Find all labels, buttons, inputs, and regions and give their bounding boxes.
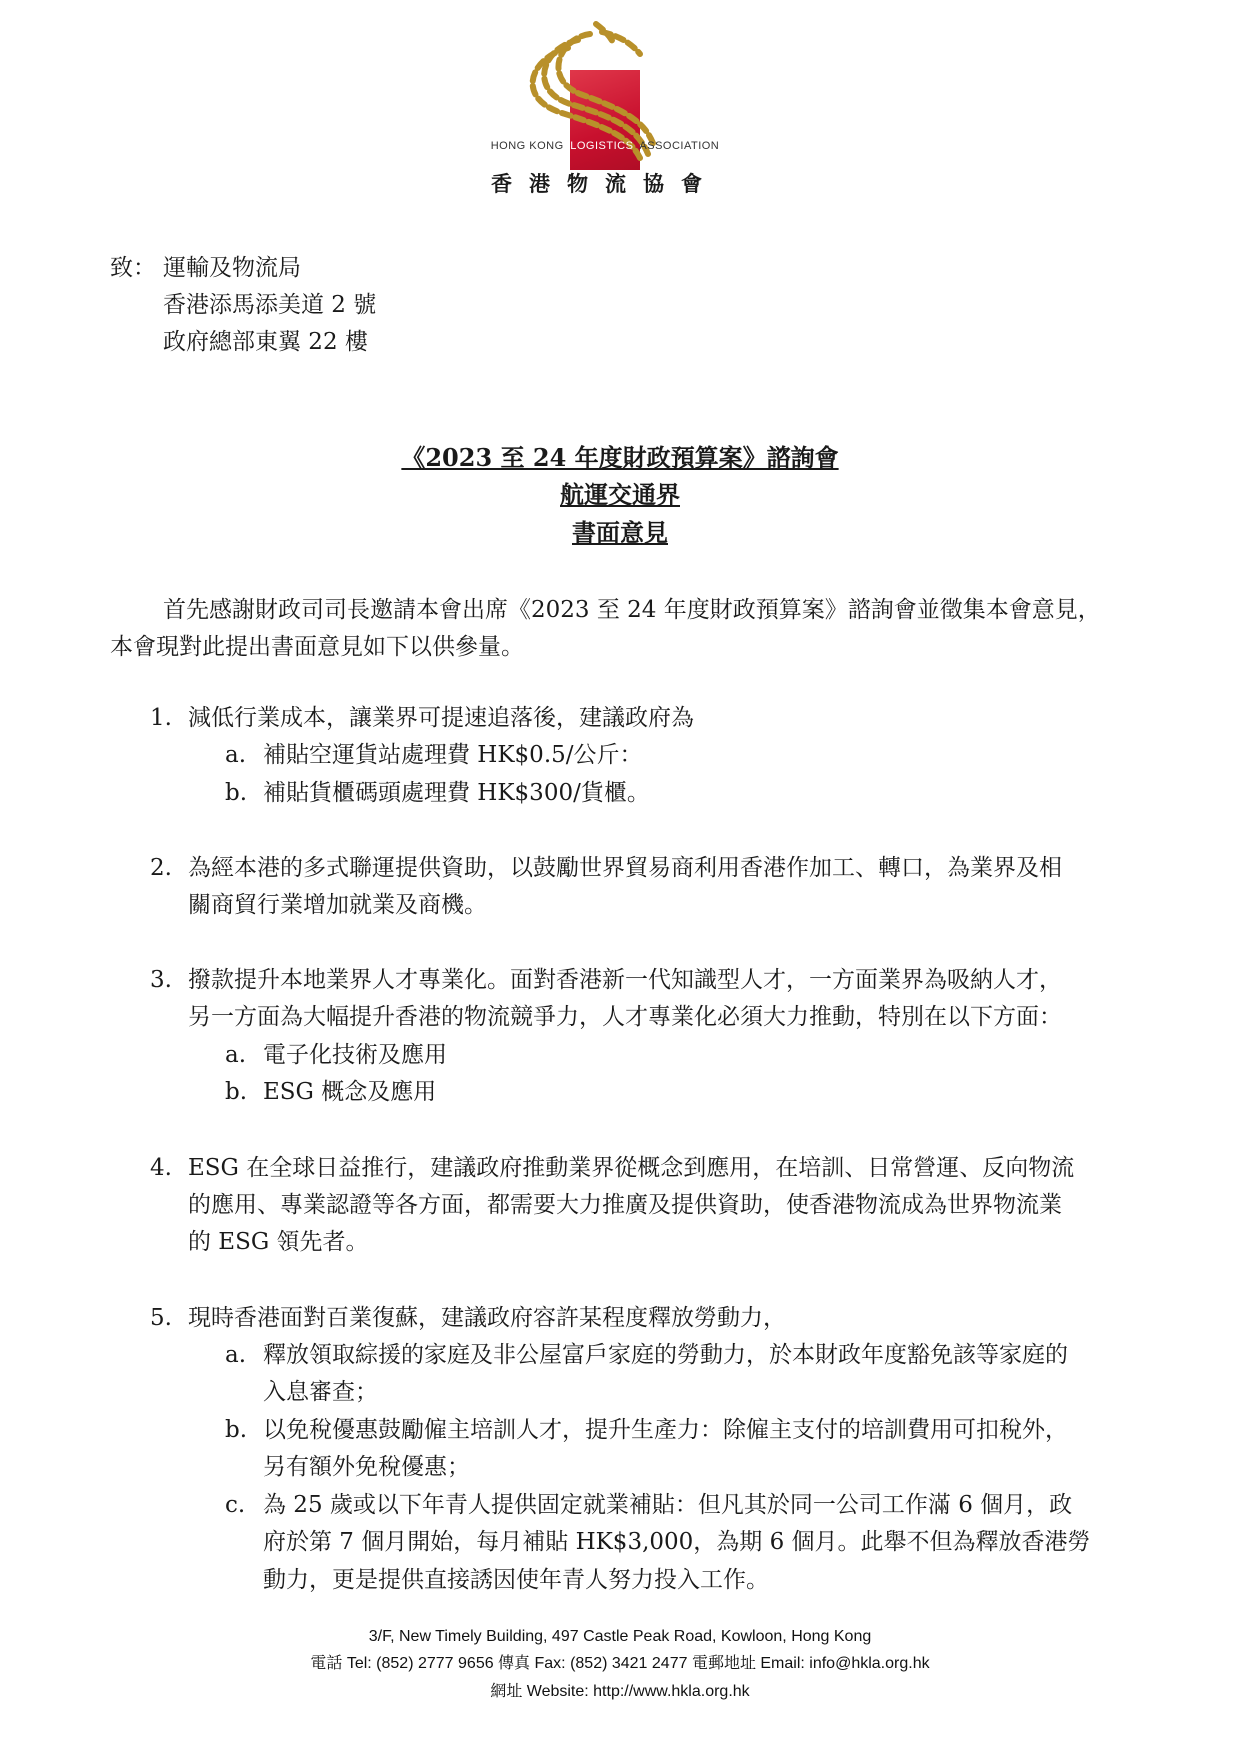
sublist-text: 電子化技術及應用	[263, 1037, 447, 1074]
letterhead-logo: HONG KONG LOGISTICS ASSOCIATION 香港物流協會	[470, 18, 740, 210]
logo-chinese-name: 香港物流協會	[470, 168, 740, 198]
sublist-text: ESG 概念及應用	[263, 1074, 436, 1111]
recipient-prefix: 致：	[110, 250, 156, 287]
list-number: 1.	[150, 700, 172, 737]
sublist-text: 以免稅優惠鼓勵僱主培訓人才，提升生產力：除僱主支付的培訓費用可扣稅外，	[263, 1412, 1068, 1449]
list-text: 減低行業成本，讓業界可提速追落後，建議政府為	[188, 700, 694, 737]
sublist-label: a.	[225, 737, 246, 774]
list-text: 為經本港的多式聯運提供資助，以鼓勵世界貿易商利用香港作加工、轉口，為業界及相	[188, 850, 1062, 887]
intro-line: 本會現對此提出書面意見如下以供參量。	[110, 629, 524, 666]
title-line-2: 航運交通界	[0, 476, 1240, 513]
sublist-text: 府於第 7 個月開始，每月補貼 HK$3,000，為期 6 個月。此舉不但為釋放…	[263, 1524, 1091, 1561]
sublist-label: a.	[225, 1337, 246, 1374]
sublist-text: 為 25 歲或以下年青人提供固定就業補貼：但凡其於同一公司工作滿 6 個月，政	[263, 1487, 1072, 1524]
logo-english-name: HONG KONG LOGISTICS ASSOCIATION	[470, 140, 740, 152]
list-text: 另一方面為大幅提升香港的物流競爭力，人才專業化必須大力推動，特別在以下方面：	[188, 999, 1062, 1036]
list-text: 的 ESG 領先者。	[188, 1224, 369, 1261]
sublist-text: 釋放領取綜援的家庭及非公屋富戶家庭的勞動力，於本財政年度豁免該等家庭的	[263, 1337, 1068, 1374]
sublist-label: b.	[225, 775, 247, 812]
title-line-3: 書面意見	[0, 514, 1240, 551]
recipient-line: 運輸及物流局	[163, 250, 301, 287]
recipient-line: 香港添馬添美道 2 號	[163, 287, 376, 324]
logo-text-hong-kong: HONG KONG	[491, 140, 564, 152]
footer-website: 網址 Website: http://www.hkla.org.hk	[0, 1678, 1240, 1705]
list-text: 的應用、專業認證等各方面，都需要大力推廣及提供資助，使香港物流成為世界物流業	[188, 1187, 1062, 1224]
list-text: 撥款提升本地業界人才專業化。面對香港新一代知識型人才，一方面業界為吸納人才，	[188, 962, 1062, 999]
logo-text-association: ASSOCIATION	[639, 140, 719, 152]
list-number: 5.	[150, 1300, 172, 1337]
intro-line: 首先感謝財政司司長邀請本會出席《2023 至 24 年度財政預算案》諮詢會並徵集…	[163, 592, 1101, 629]
sublist-text: 另有額外免稅優惠；	[263, 1449, 470, 1486]
list-number: 4.	[150, 1150, 172, 1187]
list-text: 關商貿行業增加就業及商機。	[188, 887, 487, 924]
sublist-label: c.	[225, 1487, 245, 1524]
list-number: 3.	[150, 962, 172, 999]
logo-text-logistics: LOGISTICS	[567, 140, 636, 152]
sublist-text: 補貼貨櫃碼頭處理費 HK$300/貨櫃。	[263, 775, 650, 812]
sublist-text: 動力，更是提供直接誘因使年青人努力投入工作。	[263, 1562, 769, 1599]
sublist-label: b.	[225, 1074, 247, 1111]
footer-contact: 電話 Tel: (852) 2777 9656 傳真 Fax: (852) 34…	[0, 1650, 1240, 1677]
sublist-label: a.	[225, 1037, 246, 1074]
title-line-1: 《2023 至 24 年度財政預算案》諮詢會	[0, 439, 1240, 476]
footer-address: 3/F, New Timely Building, 497 Castle Pea…	[0, 1623, 1240, 1650]
sublist-text: 補貼空運貨站處理費 HK$0.5/公斤：	[263, 737, 643, 774]
list-text: ESG 在全球日益推行，建議政府推動業界從概念到應用，在培訓、日常營運、反向物流	[188, 1150, 1074, 1187]
list-text: 現時香港面對百業復蘇，建議政府容許某程度釋放勞動力，	[188, 1300, 786, 1337]
logo-dragon-icon	[470, 18, 740, 178]
list-number: 2.	[150, 850, 172, 887]
sublist-text: 入息審查；	[263, 1374, 378, 1411]
sublist-label: b.	[225, 1412, 247, 1449]
recipient-line: 政府總部東翼 22 樓	[163, 324, 368, 361]
